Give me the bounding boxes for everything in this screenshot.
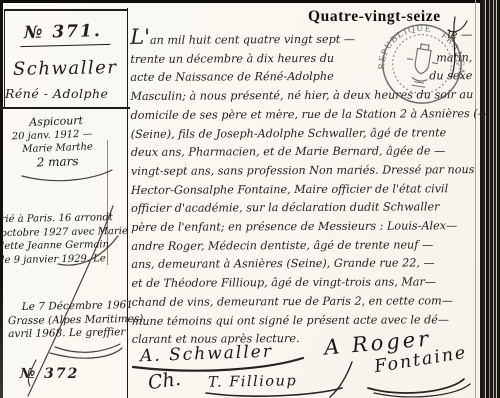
margin-note-line: avril 1968. Le greffier — [8, 326, 144, 342]
fontaine-flourish-2 — [374, 384, 470, 397]
svg-text:RÉPUBLIQUE: RÉPUBLIQUE — [375, 17, 432, 76]
margin-note-line: 2 mars — [36, 154, 93, 169]
margin-note-death-1961: Le 7 Décembre 1961 Grasse (Alpes Maritim… — [8, 299, 144, 342]
body-line: père de l'enfant; en présence de Messieu… — [131, 217, 481, 238]
signature-paraph: Ch. — [147, 368, 183, 394]
body-line: andre Roger, Médecin dentiste, âgé de tr… — [131, 236, 481, 257]
page-edge-left — [0, 0, 3, 398]
body-line: officier d'académie, sur la déclaration … — [131, 198, 481, 219]
signature-schwaller: A. Schwaller — [140, 342, 274, 367]
margin-note-line: lette Jeanne Germain — [1, 238, 128, 254]
register-page: № 371. Schwaller Réné - Adolphe Aspicour… — [0, 0, 500, 398]
body-line: deux ans, Pharmacien, et de Marie Bernar… — [131, 142, 481, 163]
body-line: Hector-Gonsalphe Fontaine, Maire officie… — [131, 180, 481, 201]
margin-note-line: Le 7 Décembre 1961 — [22, 299, 144, 315]
body-line: et de Théodore Fillioup, âgé de vingt-tr… — [131, 273, 481, 294]
body-line: (Seine), fils de Joseph-Adolphe Schwalle… — [131, 124, 481, 145]
body-line: chand de vins, demeurant rue de Paris 2,… — [132, 292, 482, 313]
signature-fillioup: T. Fillioup — [208, 373, 298, 391]
margin-box-bottom-rule — [0, 107, 130, 109]
margin-act-number: № 371. — [20, 21, 110, 47]
binding-gutter — [483, 0, 500, 398]
body-line: vingt-sept ans, sans profession Non mari… — [131, 161, 481, 182]
margin-given-names: Réné - Adolphe — [5, 86, 108, 101]
margin-note-line: le 9 janvier 1929. Le — [1, 251, 128, 267]
stamp-emblem-icon — [403, 41, 441, 88]
roger-descender-flourish — [330, 362, 352, 397]
body-line: ans, demeurant à Asnières (Seine), Grand… — [131, 255, 481, 276]
margin-note-marriage-1927: rié à Paris. 16 arrondt octobre 1927 ave… — [1, 211, 129, 267]
margin-note-marriage-1912: Aspicourt 20 janv. 1912 — Marie Marthe 2… — [11, 114, 94, 171]
republique-francaise-stamp-icon: RÉPUBLIQUE FRANÇAISE — [372, 14, 473, 115]
margin-surname: Schwaller — [13, 57, 118, 80]
page-edge-top — [0, 0, 500, 3]
margin-box-top-rule — [5, 9, 128, 11]
fontaine-flourish — [368, 379, 464, 393]
next-act-number: № 372 — [20, 366, 79, 382]
stamp-arc-left-text: RÉPUBLIQUE — [375, 17, 432, 76]
